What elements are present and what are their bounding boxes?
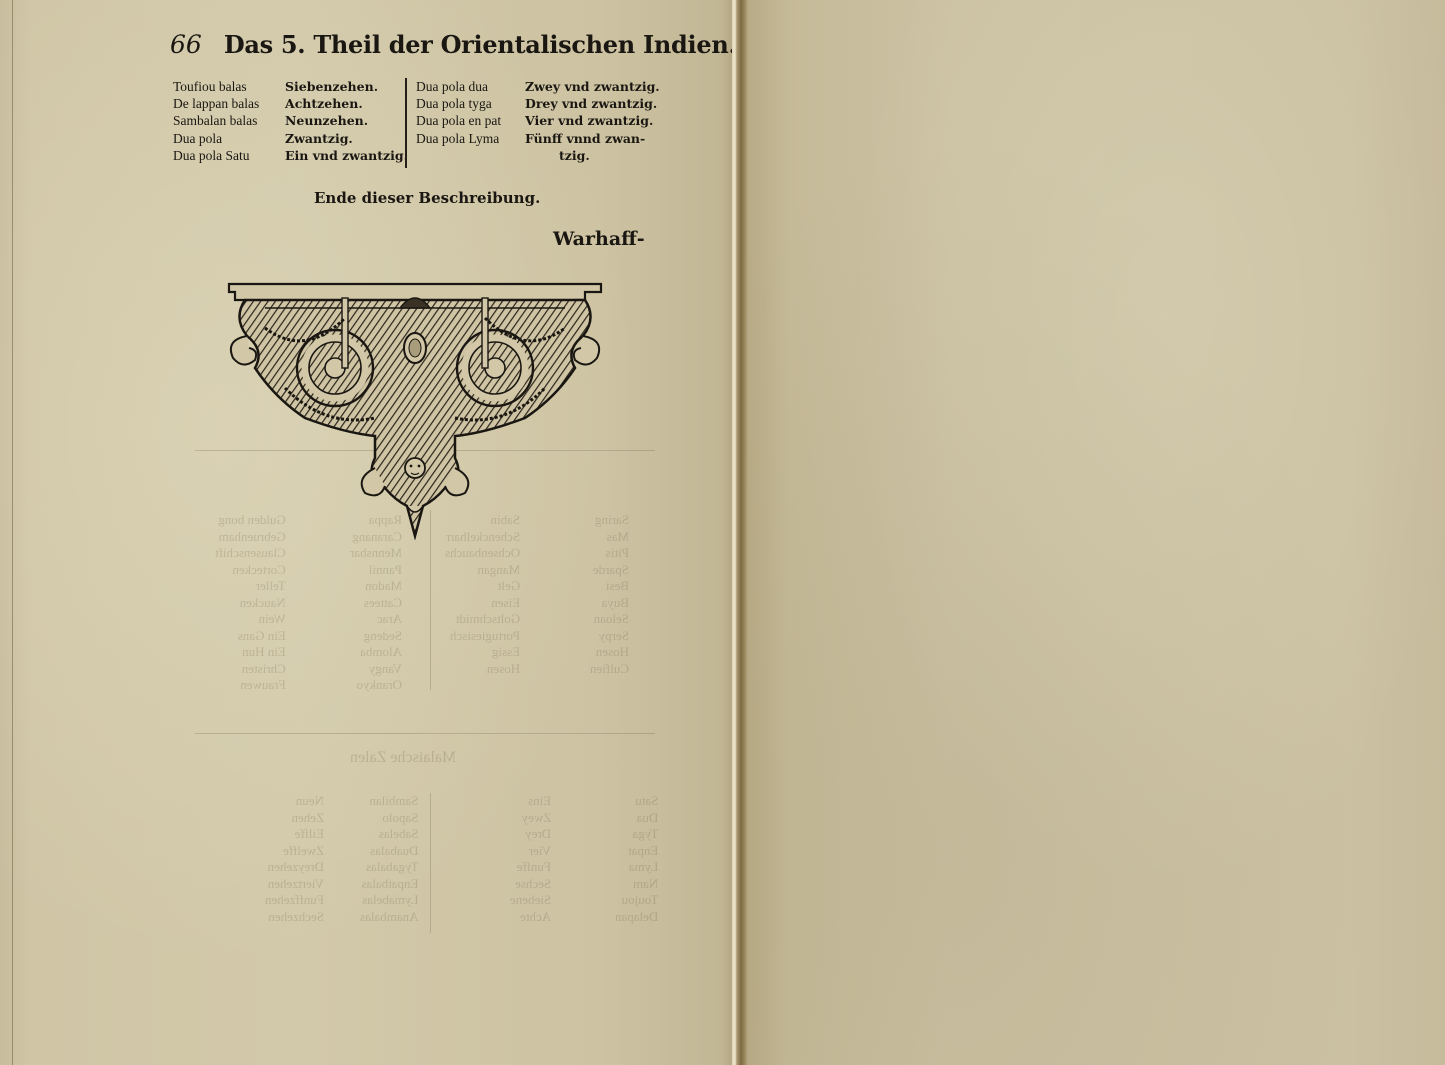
left-page: Gulden bongGebruenhamClausenschiftCortec… — [0, 0, 732, 1065]
table-cell-continuation: tzig. — [525, 147, 660, 164]
table-cell: Toufiou balas — [173, 78, 259, 95]
table-cell: Fünff vnnd zwan- — [525, 130, 660, 147]
woodcut-ornament-icon — [225, 278, 605, 540]
running-head: 66Das 5. Theil der Orientalischen Indien… — [170, 30, 737, 59]
book-gutter — [732, 0, 748, 1065]
table-cell: Ein vnd zwantzig. — [285, 147, 408, 164]
page-title: Das 5. Theil der Orientalischen Indien. — [224, 30, 737, 59]
table-cell: Vier vnd zwantzig. — [525, 112, 660, 129]
table-cell: Dua pola tyga — [416, 95, 501, 112]
table-cell: Dua pola — [173, 130, 259, 147]
column-divider — [405, 78, 407, 168]
table-cell: Zwey vnd zwantzig. — [525, 78, 660, 95]
table-cell: Dua pola Satu — [173, 147, 259, 164]
table-column-german-right: Zwey vnd zwantzig. Drey vnd zwantzig. Vi… — [525, 78, 660, 164]
table-cell: Sambalan balas — [173, 112, 259, 129]
table-cell: Drey vnd zwantzig. — [525, 95, 660, 112]
table-cell: Achtzehen. — [285, 95, 408, 112]
table-column-german-left: Siebenzehen. Achtzehen. Neunzehen. Zwant… — [285, 78, 408, 164]
table-cell: Zwantzig. — [285, 130, 408, 147]
catchword: Warhaff- — [553, 228, 645, 250]
page-number: 66 — [170, 30, 202, 59]
table-column-malay-right: Dua pola dua Dua pola tyga Dua pola en p… — [416, 78, 501, 147]
right-page-blank — [748, 0, 1445, 1065]
table-column-malay-left: Toufiou balas De lappan balas Sambalan b… — [173, 78, 259, 164]
table-cell: Dua pola dua — [416, 78, 501, 95]
table-cell: De lappan balas — [173, 95, 259, 112]
end-of-description: Ende dieser Beschreibung. — [314, 189, 540, 207]
table-cell: Dua pola en pat — [416, 112, 501, 129]
table-cell: Siebenzehen. — [285, 78, 408, 95]
table-cell: Dua pola Lyma — [416, 130, 501, 147]
table-cell: Neunzehen. — [285, 112, 408, 129]
